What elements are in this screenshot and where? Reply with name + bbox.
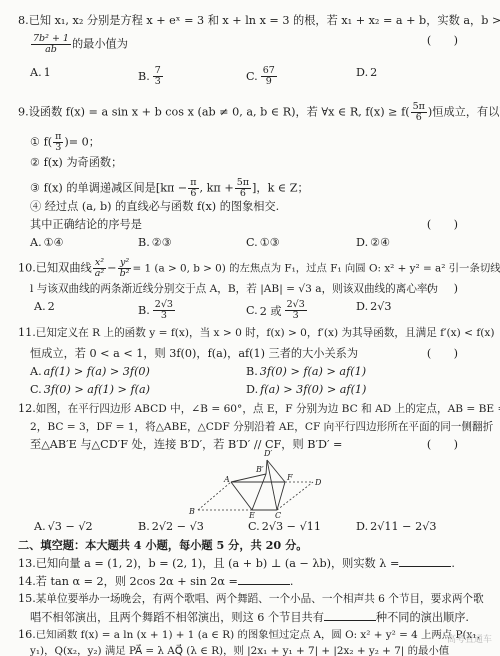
option-d: D.2 — [356, 66, 377, 79]
q9-question: 其中正确结论的序号是 ( ) — [30, 218, 486, 232]
q10-text-tail: = 1 (a > 0, b > 0) 的左焦点为 F₁，过点 F₁ 向圆 O: … — [133, 263, 500, 275]
label-b-prime: B′ — [255, 465, 264, 474]
q9-conclusion-3: ③ f(x) 的单调递减区间是[kπ −π6, kπ +5π6]，k ∈ Z； — [30, 178, 486, 199]
q12-text: 如图，在平行四边形 ABCD 中，∠B = 60°，点 E，F 分别为边 BC … — [36, 403, 500, 415]
option-b: B.②③ — [138, 236, 172, 249]
option-label: C. — [30, 383, 42, 396]
fraction: π6 — [188, 178, 198, 199]
denominator: 6 — [414, 113, 424, 123]
answer-paren: ( ) — [427, 218, 458, 232]
parallelogram-figure: A B C D E F B′ D′ — [150, 440, 350, 520]
q8-tail: 的最小值为 — [72, 38, 128, 51]
fraction: 73 — [153, 66, 163, 87]
option-text: af(1) > f(a) > 3f(0) — [44, 365, 150, 378]
option-label: B. — [138, 236, 150, 249]
q8-stem-line1: 8.已知 x₁, x₂ 分别是方程 x + eˣ = 3 和 x + ln x … — [18, 14, 486, 28]
answer-paren: ( ) — [427, 34, 458, 48]
option-label: A. — [30, 365, 42, 378]
option-label: A. — [30, 236, 42, 249]
option-label: D. — [356, 236, 368, 249]
answer-paren: ( ) — [427, 282, 458, 296]
denominator: 9 — [264, 77, 274, 87]
period: . — [451, 557, 455, 570]
option-b: B.73 — [138, 66, 164, 87]
question-number: 16. — [18, 628, 36, 641]
watermark: 高考直通车 — [447, 632, 492, 645]
q11-options-row1: A.af(1) > f(a) > 3f(0) B.3f(0) > f(a) > … — [30, 365, 486, 385]
answer-blank[interactable] — [324, 610, 376, 621]
option-text: ①③ — [260, 236, 280, 249]
option-a: A.①④ — [30, 236, 64, 249]
q13: 13.已知向量 a = (1, 2)，b = (2, 1)，且 (a + b) … — [18, 556, 486, 571]
option-text: 3f(0) > af(1) > f(a) — [44, 383, 150, 396]
denominator: 3 — [159, 311, 169, 321]
fraction: 5π6 — [235, 178, 251, 199]
question-number: 14. — [18, 575, 36, 588]
option-c: C.2√3 − √11 — [248, 520, 321, 533]
q11-text: 已知定义在 R 上的函数 y = f(x)，当 x > 0 时，f(x) > 0… — [36, 327, 495, 339]
q16-line2: y₁)，Q(x₂，y₂) 满足 PA⃗ = λ AQ⃗ (λ ∈ R)，则 |2… — [30, 644, 486, 656]
q11-stem-line1: 11.已知定义在 R 上的函数 y = f(x)，当 x > 0 时，f(x) … — [18, 326, 486, 340]
q15-line2: 唱不相邻演出，且两个舞蹈不相邻演出，则这 6 个节目共有种不同的演出顺序. — [30, 610, 486, 625]
option-text: 2 — [48, 300, 55, 313]
option-text: 2√2 − √3 — [152, 520, 204, 533]
conclusion-text: = 0； — [69, 136, 100, 149]
option-text: 2√3 — [370, 300, 391, 313]
fraction: x²a² — [93, 258, 106, 279]
q14-text: 若 tan α = 2，则 2cos 2α + sin 2α = — [36, 575, 238, 588]
exam-page: 8.已知 x₁, x₂ 分别是方程 x + eˣ = 3 和 x + ln x … — [0, 0, 500, 656]
q10-text: 已知双曲线 — [36, 262, 92, 275]
q15-text: 某单位要举办一场晚会，有两个歌唱、两个舞蹈、一个小品、一个相声共 6 个节目，要… — [36, 593, 484, 605]
option-d: D.2√3 — [356, 300, 392, 313]
option-a: A.1 — [30, 66, 51, 79]
q9-conclusion-4: ④ 经过点 (a, b) 的直线必与函数 f(x) 的图象相交. — [30, 200, 486, 214]
label-a: A — [223, 475, 230, 484]
option-b: B.3f(0) > f(a) > af(1) — [246, 365, 366, 378]
question-number: 12. — [18, 402, 36, 415]
q9-conclusion-1: ① f(π3)= 0； — [30, 132, 486, 153]
option-text: 2√11 − 2√3 — [370, 520, 436, 533]
q10-stem-line1: 10.已知双曲线x²a²−y²b²= 1 (a > 0, b > 0) 的左焦点… — [18, 258, 486, 279]
interval-part: , kπ + — [200, 182, 234, 195]
label-f: F — [286, 473, 293, 482]
denominator: 3 — [291, 311, 301, 321]
label-d-prime: D′ — [263, 449, 272, 458]
q9-text: 设函数 f(x) = a sin x + b cos x (ab ≠ 0, a,… — [29, 106, 406, 119]
q15-text: 唱不相邻演出，且两个舞蹈不相邻演出，则这 6 个节目共有 — [30, 611, 324, 624]
option-a: A.√3 − √2 — [34, 520, 93, 533]
option-text: 2 或 — [260, 303, 282, 319]
option-text: ②④ — [370, 236, 390, 249]
denominator: 3 — [53, 143, 63, 153]
option-label: D. — [356, 66, 368, 79]
fraction: 5π6 — [411, 102, 427, 123]
option-b: B.2√33 — [138, 300, 176, 321]
option-label: C. — [246, 70, 258, 83]
q8-text: 已知 x₁, x₂ 分别是方程 x + eˣ = 3 和 x + ln x = … — [29, 14, 500, 27]
question-number: 13. — [18, 557, 36, 570]
q12-stem-line2: 2，BC = 3，DF = 1，将△ABE，△CDF 分别沿着 AE，CF 向平… — [30, 420, 486, 434]
q10-stem-line2: l 与该双曲线的两条渐近线分别交于点 A，B，若 |AB| = √3 a，则该双… — [30, 282, 486, 296]
option-a: A.af(1) > f(a) > 3f(0) — [30, 365, 150, 378]
option-text: 2 — [370, 66, 377, 79]
option-label: C. — [246, 236, 258, 249]
q11-options-row2: C.3f(0) > af(1) > f(a) D.f(a) > 3f(0) > … — [30, 383, 486, 403]
option-label: A. — [34, 300, 46, 313]
option-d: D.f(a) > 3f(0) > af(1) — [246, 383, 366, 396]
fraction: π3 — [53, 132, 63, 153]
label-c: C — [275, 511, 281, 520]
q12-options: A.√3 − √2 B.2√2 − √3 C.2√3 − √11 D.2√11 … — [30, 520, 486, 540]
q16-text: y₁)，Q(x₂，y₂) 满足 PA⃗ = λ AQ⃗ (λ ∈ R)，则 |2… — [30, 645, 449, 656]
answer-blank[interactable] — [238, 574, 290, 585]
option-label: A. — [34, 520, 46, 533]
label-d: D — [314, 478, 322, 487]
option-c: C.679 — [246, 66, 278, 87]
conclusion-text: ② f(x) 为奇函数； — [30, 156, 122, 169]
q8-options: A.1 B.73 C.679 D.2 — [30, 66, 486, 86]
option-c: C.2 或2√33 — [246, 300, 308, 321]
option-text: ②③ — [152, 236, 172, 249]
q10-options: A.2 B.2√33 C.2 或2√33 D.2√3 — [30, 300, 486, 320]
option-c: C.①③ — [246, 236, 280, 249]
q11-stem-line2: 恒成立，若 0 < a < 1，则 3f(0)，f(a)，af(1) 三者的大小… — [30, 347, 486, 361]
q9-stem: 9.设函数 f(x) = a sin x + b cos x (ab ≠ 0, … — [18, 102, 486, 123]
fraction: 7b² + 1ab — [31, 34, 71, 55]
q11-text: 恒成立，若 0 < a < 1，则 3f(0)，f(a)，af(1) 三者的大小… — [30, 347, 358, 360]
conclusion-text: ③ f(x) 的单调递减区间是 — [30, 182, 156, 195]
label-b: B — [188, 507, 195, 516]
q16-text: 已知函数 f(x) = a ln (x + 1) + 1 (a ∈ R) 的图象… — [36, 629, 487, 641]
interval-part: kπ − — [160, 182, 187, 195]
q15-line1: 15.某单位要举办一场晚会，有两个歌唱、两个舞蹈、一个小品、一个相声共 6 个节… — [18, 592, 486, 606]
option-label: C. — [246, 304, 258, 317]
answer-blank[interactable] — [399, 556, 451, 567]
q9-text-tail: 恒成立，有以下结论： — [432, 106, 500, 119]
option-d: D.②④ — [356, 236, 390, 249]
option-b: B.2√2 − √3 — [138, 520, 204, 533]
option-text: 3f(0) > f(a) > af(1) — [260, 365, 366, 378]
fraction: 2√33 — [285, 300, 307, 321]
conclusion-text: ① f — [30, 136, 48, 149]
answer-paren: ( ) — [427, 347, 458, 361]
option-label: B. — [246, 365, 258, 378]
q12-stem-line1: 12.如图，在平行四边形 ABCD 中，∠B = 60°，点 E，F 分别为边 … — [18, 402, 486, 416]
denominator: b² — [118, 269, 132, 279]
option-c: C.3f(0) > af(1) > f(a) — [30, 383, 150, 396]
q9-options: A.①④ B.②③ C.①③ D.②④ — [30, 236, 486, 256]
option-label: D. — [356, 300, 368, 313]
q12-text: 2，BC = 3，DF = 1，将△ABE，△CDF 分别沿着 AE，CF 向平… — [30, 421, 493, 433]
conclusion-text: ，k ∈ Z； — [256, 182, 308, 195]
option-text: 1 — [44, 66, 51, 79]
question-text: 其中正确结论的序号是 — [30, 218, 142, 231]
section-title: 二、填空题：本大题共 4 小题，每小题 5 分，共 20 分。 — [18, 538, 307, 552]
option-a: A.2 — [34, 300, 55, 313]
option-label: B. — [138, 520, 150, 533]
denominator: a² — [93, 269, 106, 279]
option-label: A. — [30, 66, 42, 79]
fraction: 2√33 — [153, 300, 175, 321]
question-number: 8. — [18, 14, 29, 27]
q8-stem-line2: 7b² + 1ab的最小值为 ( ) — [30, 34, 486, 55]
denominator: 3 — [153, 77, 163, 87]
operator: − — [107, 262, 116, 275]
option-label: D. — [246, 383, 258, 396]
question-number: 15. — [18, 592, 36, 605]
option-label: D. — [356, 520, 368, 533]
option-text: ①④ — [44, 236, 64, 249]
answer-paren: ( ) — [427, 438, 458, 452]
denominator: 6 — [238, 189, 248, 199]
fraction: y²b² — [118, 258, 132, 279]
q16-line1: 16.已知函数 f(x) = a ln (x + 1) + 1 (a ∈ R) … — [18, 628, 486, 642]
question-number: 9. — [18, 106, 29, 119]
denominator: 6 — [188, 189, 198, 199]
denominator: ab — [43, 45, 59, 55]
q10-text: l 与该双曲线的两条渐近线分别交于点 A，B，若 |AB| = √3 a，则该双… — [30, 283, 438, 295]
section-heading: 二、填空题：本大题共 4 小题，每小题 5 分，共 20 分。 — [18, 538, 486, 552]
option-d: D.2√11 − 2√3 — [356, 520, 436, 533]
q14: 14.若 tan α = 2，则 2cos 2α + sin 2α =. — [18, 574, 486, 589]
option-text: f(a) > 3f(0) > af(1) — [260, 383, 366, 396]
label-e: E — [248, 511, 255, 520]
fraction: 679 — [261, 66, 277, 87]
option-text: √3 − √2 — [48, 520, 93, 533]
q13-text: 已知向量 a = (1, 2)，b = (2, 1)，且 (a + b) ⊥ (… — [36, 557, 400, 570]
option-label: B. — [138, 70, 150, 83]
option-label: B. — [138, 304, 150, 317]
question-number: 11. — [18, 326, 36, 339]
conclusion-text: ④ 经过点 (a, b) 的直线必与函数 f(x) 的图象相交. — [30, 200, 279, 213]
option-text: 2√3 − √11 — [262, 520, 321, 533]
q9-conclusion-2: ② f(x) 为奇函数； — [30, 156, 486, 170]
q15-text-tail: 种不同的演出顺序. — [376, 611, 469, 624]
period: . — [290, 575, 294, 588]
option-label: C. — [248, 520, 260, 533]
question-number: 10. — [18, 262, 36, 275]
